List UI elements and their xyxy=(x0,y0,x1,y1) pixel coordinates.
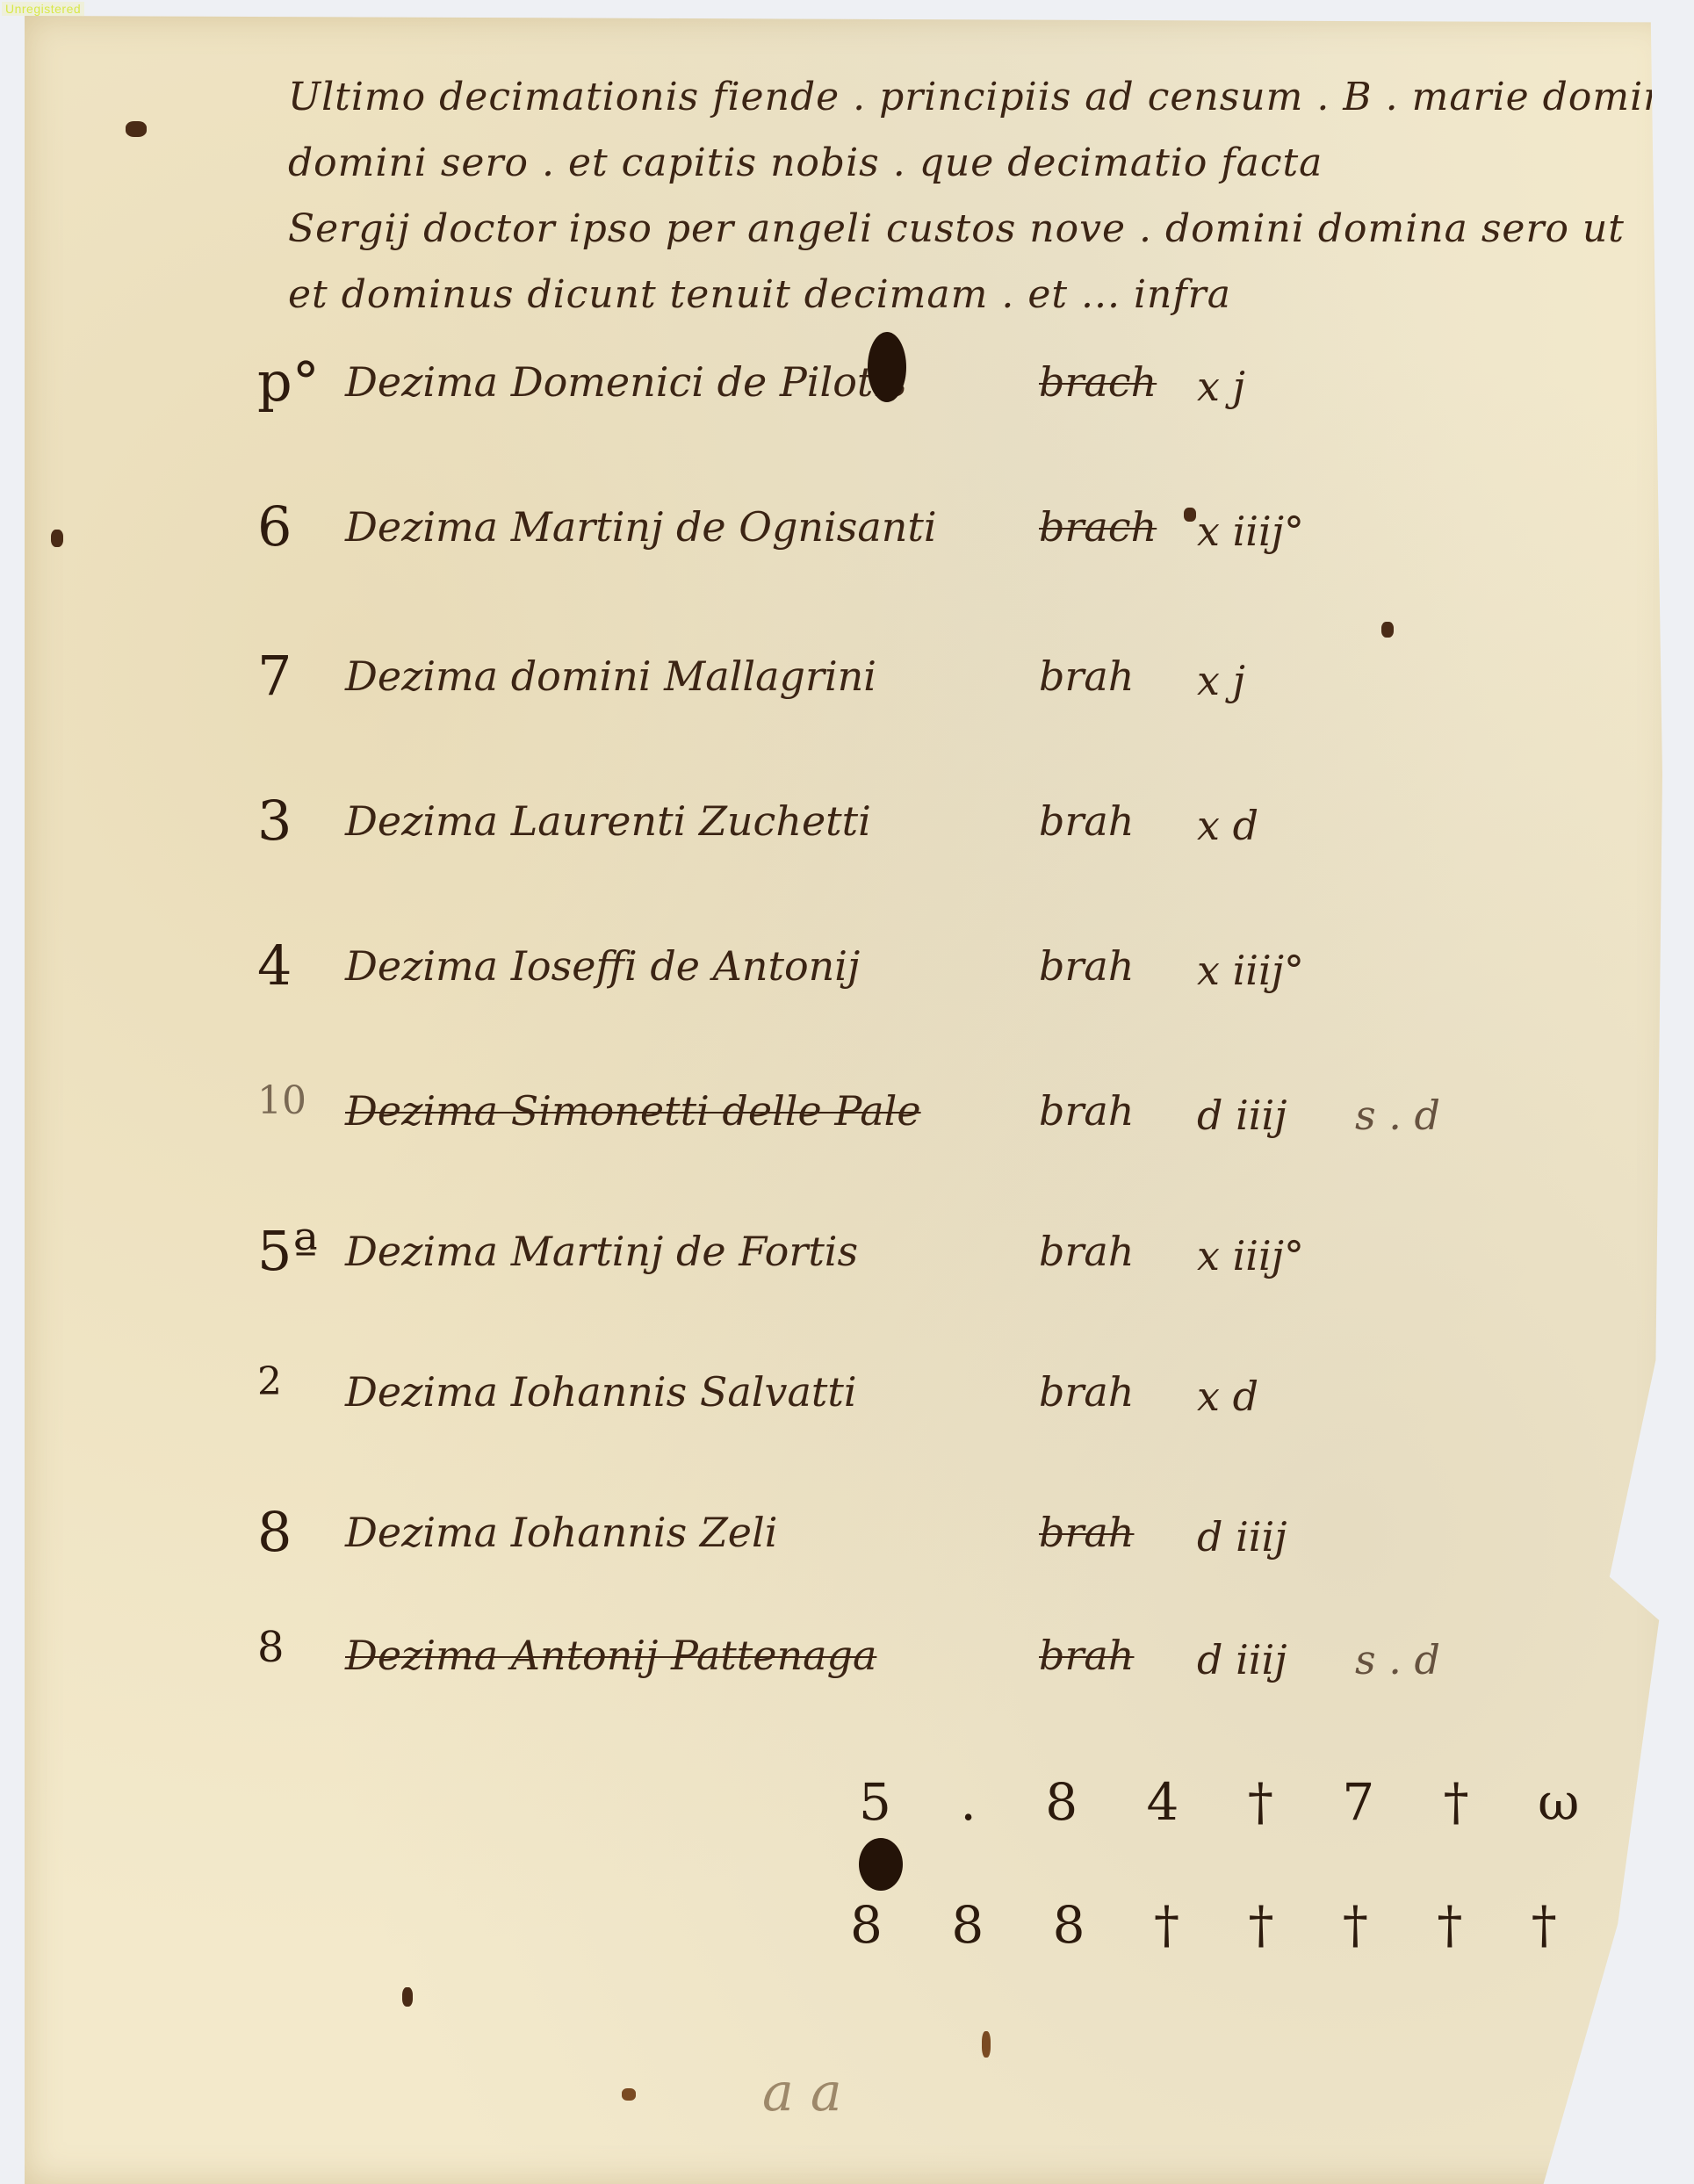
entry-unit: brach xyxy=(1039,358,1157,406)
intro-paragraph: Ultimo decimationis fiende . principiis … xyxy=(288,64,1649,328)
ink-speck xyxy=(1381,622,1394,638)
ledger-entry: 3 Dezima Laurenti Zuchetti brah x d xyxy=(257,789,1575,894)
manuscript-page: Ultimo decimationis fiende . principiis … xyxy=(25,16,1676,2184)
entry-unit: brah xyxy=(1039,797,1135,845)
entry-name: Dezima Simonetti delle Pale xyxy=(345,1087,921,1135)
entry-amount: x iiij° xyxy=(1197,508,1304,555)
entry-name: Dezima Antonij Pattenaga xyxy=(345,1632,876,1679)
entry-rank: p° xyxy=(257,350,320,414)
entry-amount: x j xyxy=(1197,657,1245,704)
entry-name: Dezima Ioseffi de Antonij xyxy=(345,942,860,990)
ink-speck xyxy=(622,2088,636,2101)
entry-name: Dezima Iohannis Zeli xyxy=(345,1509,777,1556)
entry-rank: 4 xyxy=(257,933,292,998)
ink-speck xyxy=(51,530,63,547)
entry-amount: x d xyxy=(1197,1373,1258,1420)
entry-rank: 6 xyxy=(257,494,292,559)
entry-unit: brah xyxy=(1039,1228,1135,1275)
entry-unit: brah xyxy=(1039,942,1135,990)
bottom-marks: a a xyxy=(762,2062,842,2123)
intro-line: Ultimo decimationis fiende . principiis … xyxy=(288,64,1649,130)
entry-amount: d iiij xyxy=(1197,1636,1287,1683)
entry-name: Dezima Martinj de Ognisanti xyxy=(345,503,937,551)
ledger-entry: 5ª Dezima Martinj de Fortis brah x iiij° xyxy=(257,1219,1575,1324)
entry-extra: s . d xyxy=(1355,1092,1440,1139)
entry-amount: x d xyxy=(1197,802,1258,849)
ink-speck xyxy=(1636,1873,1648,1885)
watermark-label: Unregistered xyxy=(2,2,84,16)
ledger-entry: 2 Dezima Iohannis Salvatti brah x d xyxy=(257,1359,1575,1465)
entry-rank: 10 xyxy=(257,1078,306,1123)
entry-rank: 2 xyxy=(257,1359,282,1404)
ledger-entry: 10 Dezima Simonetti delle Pale brah d ii… xyxy=(257,1078,1575,1184)
entry-name: Dezima Martinj de Fortis xyxy=(345,1228,858,1275)
tally-row: 5 . 8 4 † 7 † ω 2 † xyxy=(859,1772,1694,1832)
ink-blot xyxy=(868,332,906,402)
ledger-entry: 7 Dezima domini Mallagrini brah x j xyxy=(257,644,1575,749)
tally-row: 8 8 8 † † † † † † = xyxy=(850,1895,1694,1955)
entry-rank: 3 xyxy=(257,789,292,853)
entry-unit: brah xyxy=(1039,1368,1135,1416)
ink-speck xyxy=(402,1987,413,2007)
intro-line: et dominus dicunt tenuit decimam . et ..… xyxy=(288,262,1649,328)
entry-unit: brah xyxy=(1039,1509,1135,1556)
entry-unit: brah xyxy=(1039,1632,1135,1679)
ink-speck xyxy=(1184,508,1196,522)
entry-rank: 5ª xyxy=(257,1219,318,1283)
entry-name: Dezima Laurenti Zuchetti xyxy=(345,797,871,845)
entry-amount: x iiij° xyxy=(1197,1232,1304,1279)
intro-line: Sergij doctor ipso per angeli custos nov… xyxy=(288,196,1649,262)
entry-extra: s . d xyxy=(1355,1636,1440,1683)
entry-unit: brah xyxy=(1039,652,1135,700)
ink-speck xyxy=(982,2031,991,2058)
ledger-entry: 4 Dezima Ioseffi de Antonij brah x iiij° xyxy=(257,933,1575,1039)
ink-blot xyxy=(859,1838,903,1891)
entry-name: Dezima Iohannis Salvatti xyxy=(345,1368,857,1416)
ledger-entry: 6 Dezima Martinj de Ognisanti brach x ii… xyxy=(257,494,1575,600)
ledger-entry: p° Dezima Domenici de Pilotis brach x j xyxy=(257,350,1575,455)
entry-amount: x iiij° xyxy=(1197,947,1304,994)
entry-rank: 8 xyxy=(257,1500,292,1564)
intro-line: domini sero . et capitis nobis . que dec… xyxy=(288,130,1649,196)
ledger-entry: 8 Dezima Iohannis Zeli brah d iiij xyxy=(257,1500,1575,1605)
entry-amount: d iiij xyxy=(1197,1513,1287,1561)
entry-unit: brah xyxy=(1039,1087,1135,1135)
entry-rank: 7 xyxy=(257,644,292,708)
entry-amount: d iiij xyxy=(1197,1092,1287,1139)
ledger-entry: 8 Dezima Antonij Pattenaga brah d iiij s… xyxy=(257,1623,1575,1728)
entry-amount: x j xyxy=(1197,363,1245,410)
entry-name: Dezima domini Mallagrini xyxy=(345,652,876,700)
entry-name: Dezima Domenici de Pilotis xyxy=(345,358,907,406)
entry-rank: 8 xyxy=(257,1623,285,1672)
entry-unit: brach xyxy=(1039,503,1157,551)
ink-speck xyxy=(126,121,147,137)
